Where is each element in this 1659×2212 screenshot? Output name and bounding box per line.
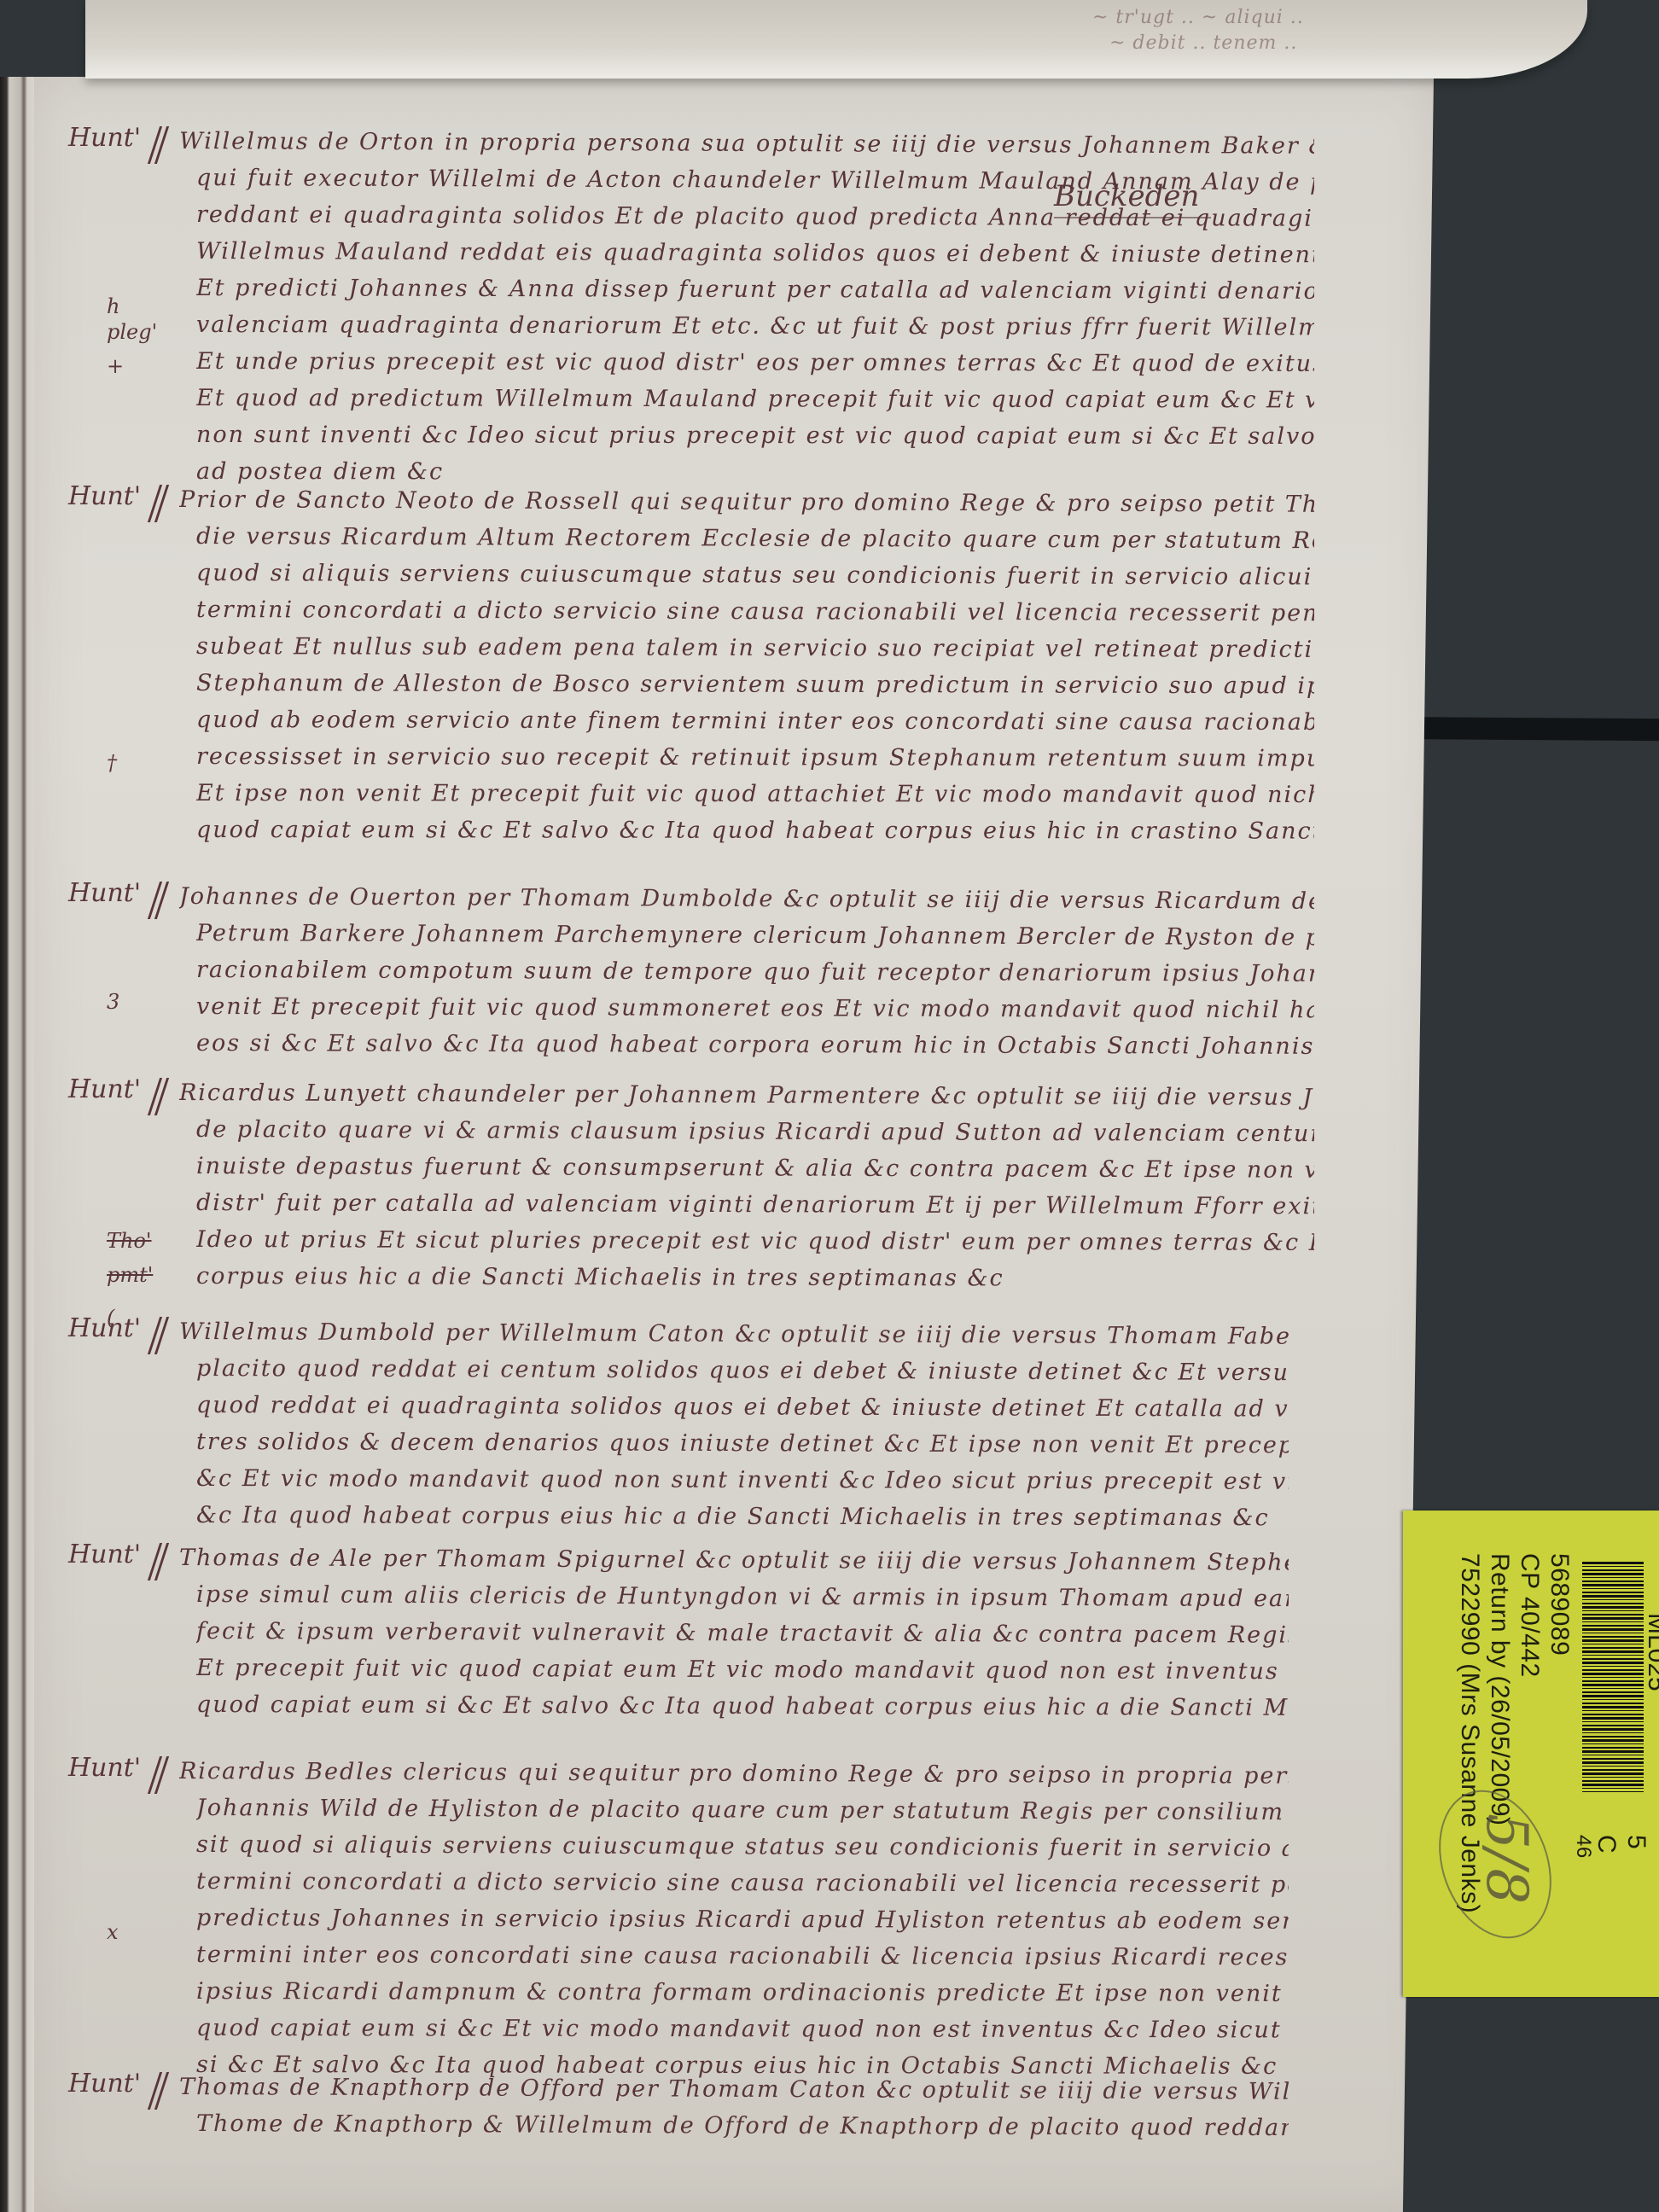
margin-annotation: x [107,1920,119,1944]
entry-text-line: &c Et vic modo mandavit quod non sunt in… [196,1465,1289,1495]
cut-off-label-text: ML025 [1642,1613,1659,1691]
entry-text-line: Et predicti Johannes & Anna dissep fueru… [196,275,1314,305]
entry-margin-county: Hunt' [68,1074,141,1104]
entry-text-line: ad postea diem &c [196,458,1314,486]
entry-text-line: reddant ei quadraginta solidos Et de pla… [196,201,1314,232]
entry-text-line: de placito quare vi & armis clausum ipsi… [196,1116,1314,1147]
entry-text-line: quod si aliquis serviens cuiuscumque sta… [196,560,1314,591]
entry-text-line: termini inter eos concordati sine causa … [196,1941,1289,1970]
margin-annotation: Tho' [107,1229,152,1253]
ghost-text-line: ~ tr'ugt .. ~ aliqui .. [1092,7,1304,28]
entry-margin-county: Hunt' [68,2069,141,2098]
entry-text-line: quod ab eodem servicio ante finem termin… [196,707,1314,736]
manuscript-membrane: Buckeden Hunt'Willelmus de Orton in prop… [34,77,1434,2212]
entry-text-line: Petrum Barkere Johannem Parchemynere cle… [196,920,1314,951]
stacked-page-edges [0,77,34,2212]
entry-text-line: quod reddat ei quadraginta solidos quos … [196,1392,1289,1423]
background-seam [1400,717,1659,741]
entry-text-line: Willelmus Dumbold per Willelmum Caton &c… [179,1318,1289,1350]
entry-margin-county: Hunt' [68,1753,141,1783]
entry-text-line: quod capiat eum si &c Et vic modo mandav… [196,2015,1289,2043]
entry-text-line: subeat Et nullus sub eadem pena talem in… [196,633,1314,663]
entry-text-line: eos si &c Et salvo &c Ita quod habeat co… [196,1030,1314,1060]
entry-text-line: Et quod ad predictum Willelmum Mauland p… [196,385,1314,414]
entry-text-line: Stephanum de Alleston de Bosco serviente… [196,670,1314,699]
entry-text-line: termini concordati a dicto servicio sine… [196,597,1314,626]
entry-text-line: Et unde prius precepit est vic quod dist… [196,348,1314,377]
rolled-over-membrane-top: ~ tr'ugt .. ~ aliqui .. ~ debit .. tenem… [85,0,1587,79]
entry-margin-county: Hunt' [68,1540,141,1569]
entry-text-line: venit Et precepit fuit vic quod summoner… [196,993,1314,1023]
barcode-number: 5689089 [1545,1553,1574,1656]
entry-text-line: recessisset in servicio suo recepit & re… [196,743,1314,772]
entry-text-line: Et ipse non venit Et precepit fuit vic q… [196,780,1314,808]
entry-text-line: Thomas de Knapthorp de Offord per Thomam… [179,2074,1289,2105]
entry-text-line: Thome de Knapthorp & Willelmum de Offord… [196,2110,1289,2141]
margin-annotation: + [107,354,124,378]
entry-text-line: Willelmus de Orton in propria persona su… [179,128,1314,160]
entry-text-line: Ricardus Bedles clericus qui sequitur pr… [179,1758,1289,1790]
archive-request-slip: 5689089 CP 40/442 Return by (26/05/2009)… [1403,1511,1659,1997]
entry-text-line: quod capiat eum si &c Et salvo &c Ita qu… [196,817,1314,845]
code-number: 46 [1571,1835,1595,1859]
barcode [1582,1562,1644,1792]
entry-text-line: Willelmus Mauland reddat eis quadraginta… [196,238,1314,268]
entry-text-line: termini concordati a dicto servicio sine… [196,1868,1289,1898]
entry-text-line: inuiste depastus fuerunt & consumpserunt… [196,1153,1314,1184]
entry-text-line: quod capiat eum si &c Et salvo &c Ita qu… [196,1691,1289,1721]
margin-annotation: 3 [107,990,119,1014]
entry-text-line: corpus eius hic a die Sancti Michaelis i… [196,1263,1314,1292]
entry-text-line: Thomas de Ale per Thomam Spigurnel &c op… [179,1545,1289,1576]
entry-text-line: Johannes de Ouerton per Thomam Dumbolde … [179,883,1314,915]
entry-text-line: die versus Ricardum Altum Rectorem Eccle… [196,523,1314,554]
code-mid: C [1592,1835,1621,1854]
entry-text-line: valenciam quadraginta denariorum Et etc.… [196,311,1314,341]
entry-text-line: distr' fuit per catalla ad valenciam vig… [196,1190,1314,1220]
entry-margin-county: Hunt' [68,481,141,511]
entry-text-line: ipse simul cum aliis clericis de Huntyng… [196,1581,1289,1612]
handwritten-note: 5/8 [1474,1813,1540,1904]
entry-text-line: Et precepit fuit vic quod capiat eum Et … [196,1655,1289,1685]
entry-margin-county: Hunt' [68,123,141,153]
ghost-text-line: ~ debit .. tenem .. [1109,32,1297,54]
return-by-date: Return by (26/05/2009) [1485,1553,1514,1826]
entry-text-line: sit quod si aliquis serviens cuiuscumque… [196,1831,1289,1862]
margin-annotation: pleg' [107,320,157,344]
label-rotated-content: 5689089 CP 40/442 Return by (26/05/2009)… [1403,1511,1659,1997]
entry-text-line: predictus Johannes in servicio ipsius Ri… [196,1905,1289,1935]
margin-annotation: † [107,751,117,775]
document-reference: CP 40/442 [1515,1553,1544,1678]
entry-margin-county: Hunt' [68,878,141,908]
entry-text-line: Johannis Wild de Hyliston de placito qua… [196,1795,1289,1825]
entry-text-line: non sunt inventi &c Ideo sicut prius pre… [196,422,1314,450]
entry-text-line: placito quod reddat ei centum solidos qu… [196,1355,1289,1386]
entry-text-line: &c Ita quod habeat corpus eius hic a die… [196,1502,1289,1531]
entry-text-line: qui fuit executor Willelmi de Acton chau… [196,165,1314,195]
margin-annotation: pmt' [107,1263,153,1287]
entry-text-line: racionabilem compotum suum de tempore qu… [196,957,1314,987]
code-top: 5 [1621,1835,1650,1849]
entry-margin-county: Hunt' [68,1313,141,1343]
entry-text-line: Ideo ut prius Et sicut pluries precepit … [196,1226,1314,1256]
margin-annotation: h [107,294,119,318]
entry-text-line: Prior de Sancto Neoto de Rossell qui seq… [179,486,1314,518]
entry-text-line: fecit & ipsum verberavit vulneravit & ma… [196,1618,1289,1649]
entry-text-line: Ricardus Lunyett chaundeler per Johannem… [179,1080,1314,1111]
entry-text-line: ipsius Ricardi dampnum & contra formam o… [196,1978,1289,2007]
entry-text-line: tres solidos & decem denarios quos inius… [196,1429,1289,1458]
